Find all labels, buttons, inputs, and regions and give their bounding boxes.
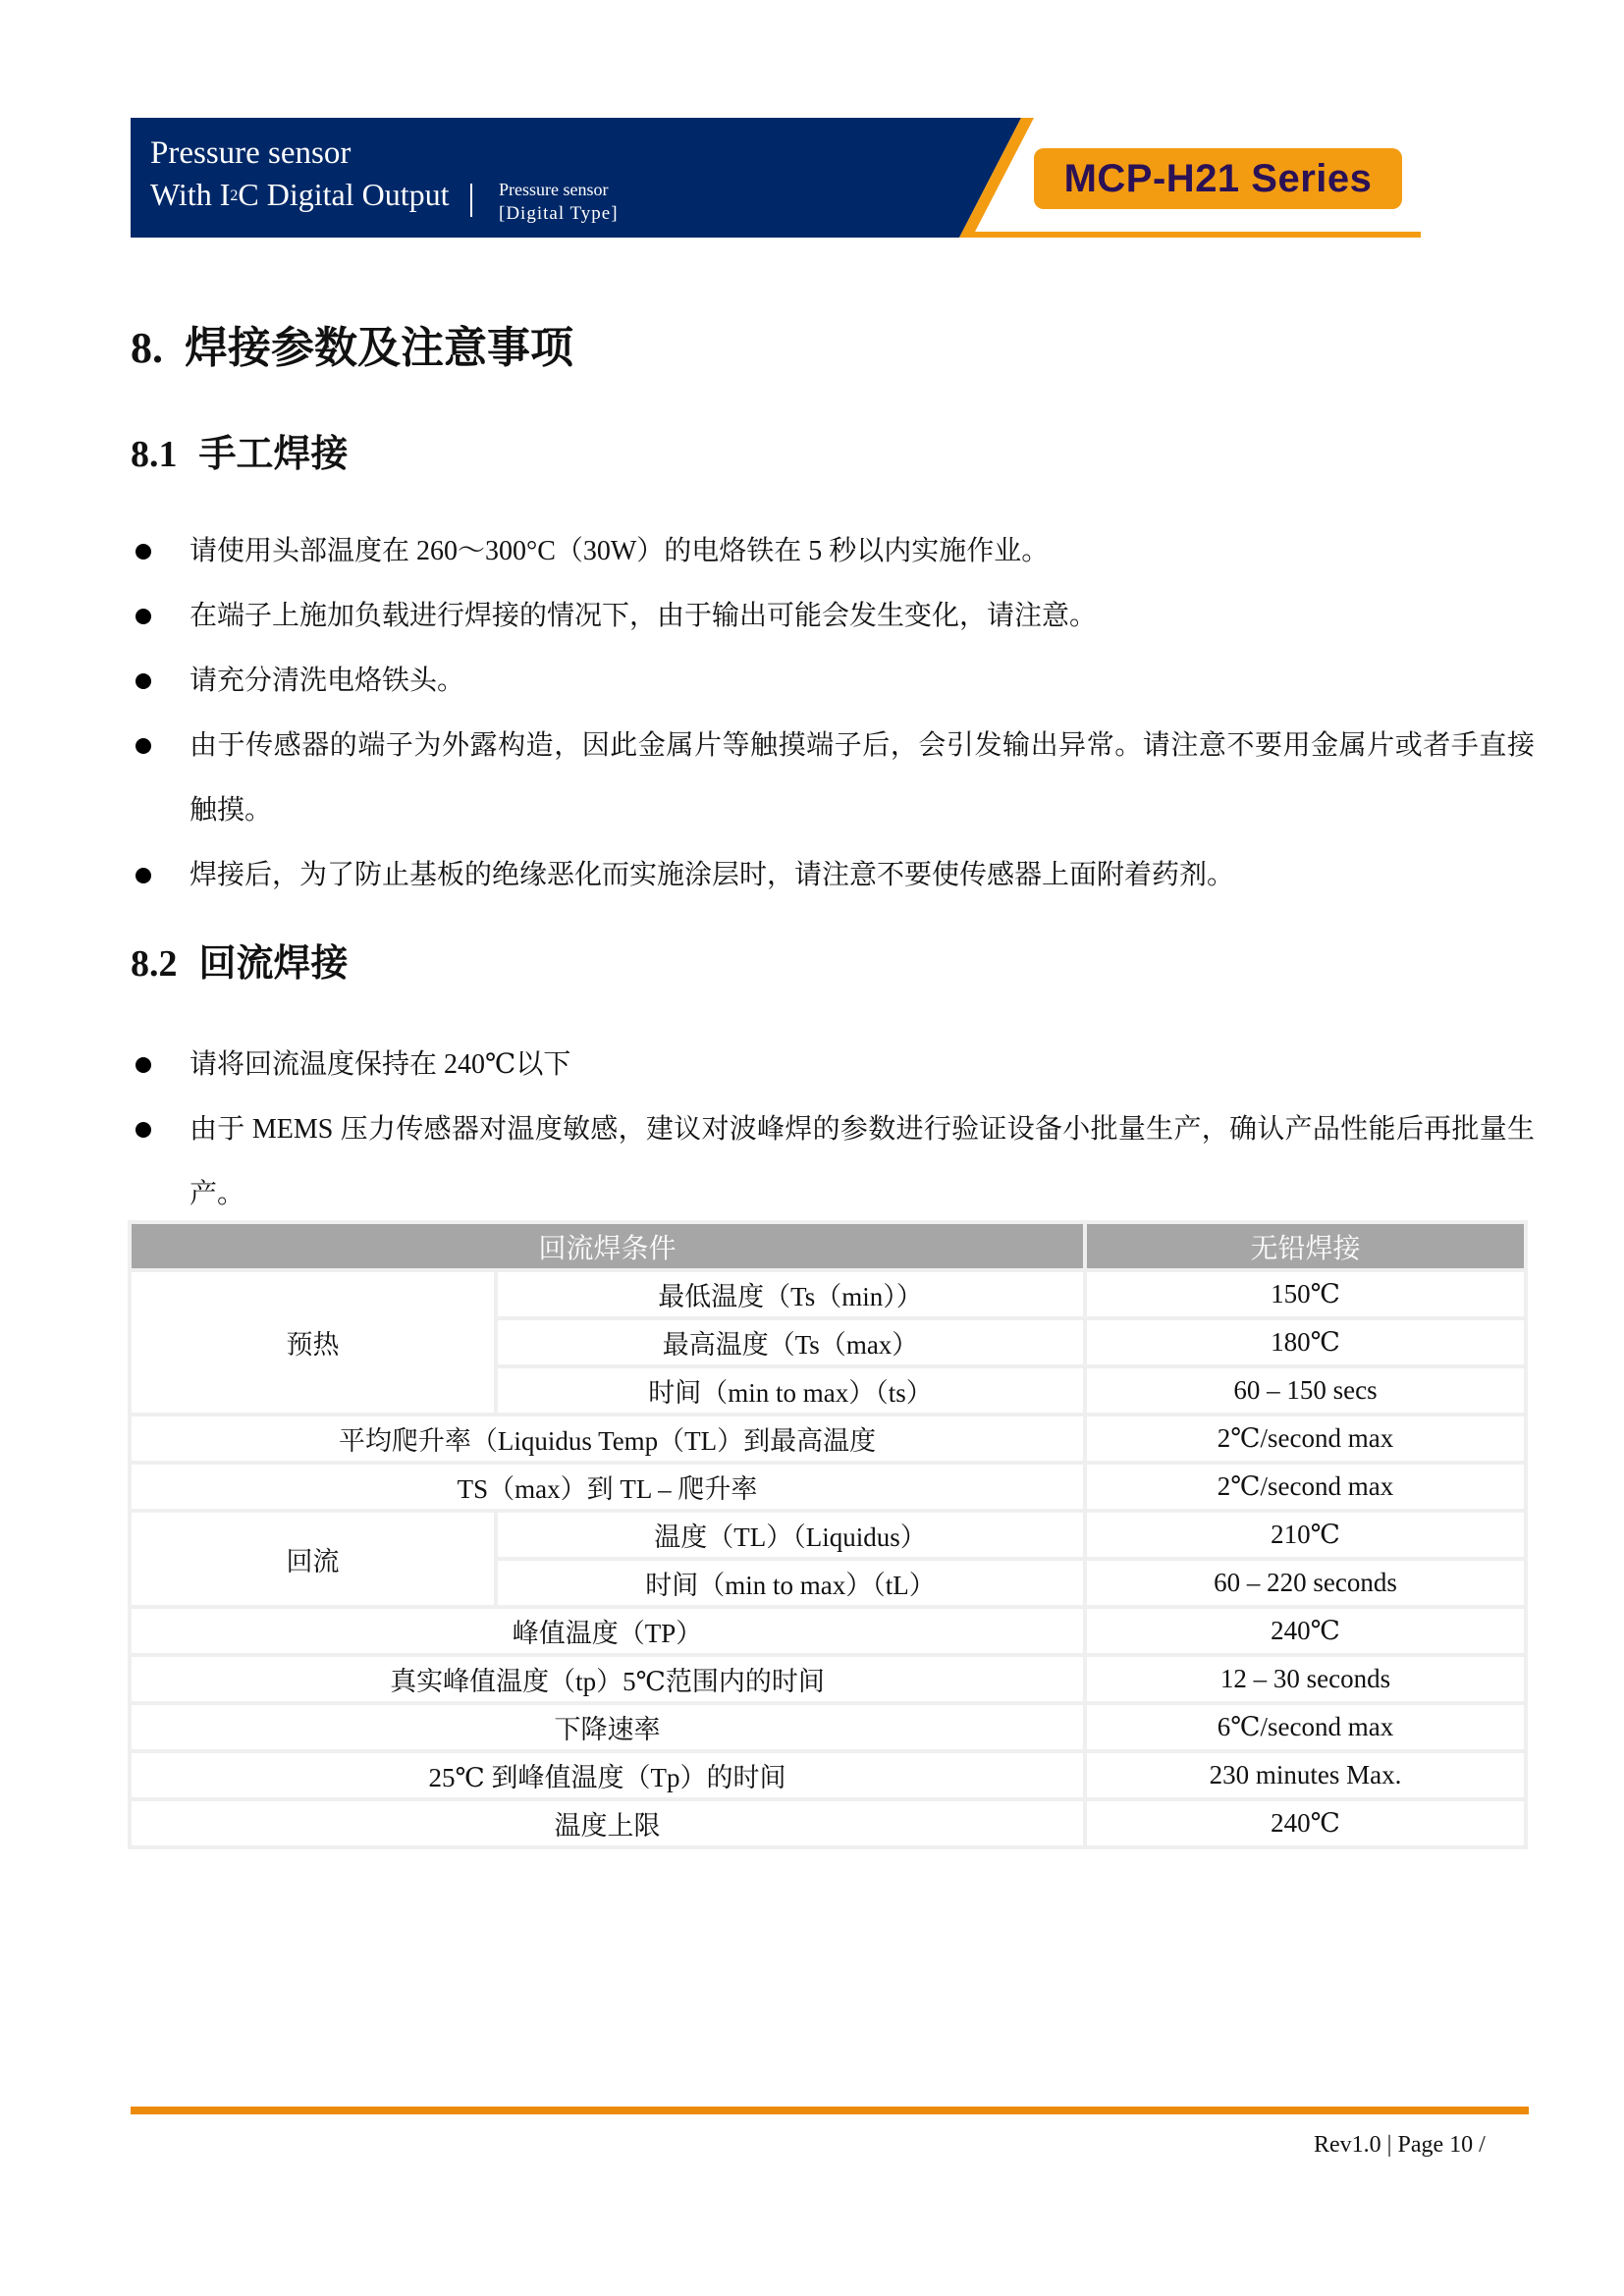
- banner-title-line1: Pressure sensor: [150, 135, 351, 171]
- list-item: 在端子上施加负载进行焊接的情况下，由于输出可能会发生变化，请注意。: [131, 584, 1535, 649]
- table-row: 温度上限 240℃: [130, 1799, 1526, 1847]
- row-label: 最低温度（Ts（min））: [496, 1270, 1085, 1318]
- bullet-icon: [135, 868, 151, 883]
- series-label: MCP-H21 Series: [1064, 157, 1373, 201]
- row-value: 60 – 150 secs: [1085, 1366, 1526, 1415]
- reflow-soldering-list: 请将回流温度保持在 240℃以下 由于 MEMS 压力传感器对温度敏感，建议对波…: [131, 1033, 1535, 1227]
- subsection-title: 手工焊接: [199, 434, 349, 475]
- table-row: 峰值温度（TP） 240℃: [130, 1607, 1526, 1655]
- banner-title-suffix: C Digital Output: [238, 177, 449, 212]
- row-label: 温度（TL）（Liquidus）: [496, 1511, 1085, 1559]
- reflow-profile-table: 回流焊条件 无铅焊接 预热 最低温度（Ts（min）） 150℃ 最高温度（Ts…: [128, 1220, 1528, 1849]
- list-item: 请将回流温度保持在 240℃以下: [131, 1033, 1535, 1097]
- header-banner: Pressure sensor With I2C Digital Output …: [131, 118, 1529, 240]
- table-row: 预热 最低温度（Ts（min）） 150℃: [130, 1270, 1526, 1318]
- row-value: 240℃: [1085, 1799, 1526, 1847]
- row-label: 最高温度（Ts（max）: [496, 1318, 1085, 1366]
- row-label: 峰值温度（TP）: [130, 1607, 1085, 1655]
- row-label: 真实峰值温度（tp）5℃范围内的时间: [130, 1655, 1085, 1703]
- banner-separator: [470, 184, 472, 217]
- banner-subtitle-line2: [Digital Type]: [499, 203, 619, 225]
- table-row: 真实峰值温度（tp）5℃范围内的时间 12 – 30 seconds: [130, 1655, 1526, 1703]
- row-label: 时间（min to max）（tL）: [496, 1559, 1085, 1607]
- row-value: 2℃/second max: [1085, 1415, 1526, 1463]
- list-item: 请充分清洗电烙铁头。: [131, 649, 1535, 714]
- row-label: 温度上限: [130, 1799, 1085, 1847]
- bullet-icon: [135, 738, 151, 754]
- list-item-text: 请将回流温度保持在 240℃以下: [189, 1049, 570, 1080]
- row-value: 60 – 220 seconds: [1085, 1559, 1526, 1607]
- manual-soldering-list: 请使用头部温度在 260～300°C（30W）的电烙铁在 5 秒以内实施作业。 …: [131, 519, 1535, 908]
- row-value: 230 minutes Max.: [1085, 1751, 1526, 1799]
- group-reflow: 回流: [130, 1511, 496, 1607]
- list-item-text: 焊接后，为了防止基板的绝缘恶化而实施涂层时，请注意不要使传感器上面附着药剂。: [189, 860, 1234, 890]
- list-item: 由于传感器的端子为外露构造，因此金属片等触摸端子后，会引发输出异常。请注意不要用…: [131, 714, 1535, 843]
- bullet-icon: [135, 1057, 151, 1073]
- row-value: 2℃/second max: [1085, 1463, 1526, 1511]
- subsection-number: 8.1: [131, 434, 178, 475]
- row-value: 210℃: [1085, 1511, 1526, 1559]
- row-label: TS（max）到 TL – 爬升率: [130, 1463, 1085, 1511]
- list-item-text: 请充分清洗电烙铁头。: [189, 666, 464, 696]
- list-item: 焊接后，为了防止基板的绝缘恶化而实施涂层时，请注意不要使传感器上面附着药剂。: [131, 843, 1535, 908]
- bullet-icon: [135, 1122, 151, 1138]
- row-value: 12 – 30 seconds: [1085, 1655, 1526, 1703]
- row-value: 240℃: [1085, 1607, 1526, 1655]
- header-lead-free: 无铅焊接: [1085, 1222, 1526, 1270]
- table-row: TS（max）到 TL – 爬升率 2℃/second max: [130, 1463, 1526, 1511]
- table-row: 下降速率 6℃/second max: [130, 1703, 1526, 1751]
- banner-title-line2: With I2C Digital Output: [150, 177, 449, 212]
- row-value: 180℃: [1085, 1318, 1526, 1366]
- list-item: 由于 MEMS 压力传感器对温度敏感，建议对波峰焊的参数进行验证设备小批量生产，…: [131, 1097, 1535, 1227]
- row-value: 150℃: [1085, 1270, 1526, 1318]
- subsection-heading-8-2: 8.2回流焊接: [131, 940, 349, 988]
- subsection-title: 回流焊接: [199, 943, 349, 985]
- list-item-text: 请使用头部温度在 260～300°C（30W）的电烙铁在 5 秒以内实施作业。: [189, 536, 1049, 566]
- page-footer: Rev1.0 | Page 10 /: [1314, 2132, 1486, 2159]
- subsection-heading-8-1: 8.1手工焊接: [131, 431, 349, 478]
- list-item: 请使用头部温度在 260～300°C（30W）的电烙铁在 5 秒以内实施作业。: [131, 519, 1535, 584]
- table-row: 25℃ 到峰值温度（Tp）的时间 230 minutes Max.: [130, 1751, 1526, 1799]
- list-item-text: 在端子上施加负载进行焊接的情况下，由于输出可能会发生变化，请注意。: [189, 601, 1097, 631]
- row-label: 时间（min to max）（ts）: [496, 1366, 1085, 1415]
- row-value: 6℃/second max: [1085, 1703, 1526, 1751]
- series-badge: MCP-H21 Series: [1034, 148, 1402, 209]
- subsection-number: 8.2: [131, 943, 178, 985]
- section-title: 焊接参数及注意事项: [185, 324, 573, 372]
- row-label: 25℃ 到峰值温度（Tp）的时间: [130, 1751, 1085, 1799]
- banner-subtitle-line1: Pressure sensor: [499, 180, 608, 199]
- bullet-icon: [135, 673, 151, 689]
- bullet-icon: [135, 544, 151, 560]
- bullet-icon: [135, 609, 151, 624]
- banner-title-prefix: With I: [150, 177, 230, 212]
- header-condition: 回流焊条件: [130, 1222, 1085, 1270]
- section-heading-8: 8.焊接参数及注意事项: [131, 322, 573, 375]
- list-item-text: 由于传感器的端子为外露构造，因此金属片等触摸端子后，会引发输出异常。请注意不要用…: [189, 730, 1535, 826]
- table-row: 平均爬升率（Liquidus Temp（TL）到最高温度 2℃/second m…: [130, 1415, 1526, 1463]
- list-item-text: 由于 MEMS 压力传感器对温度敏感，建议对波峰焊的参数进行验证设备小批量生产，…: [189, 1114, 1535, 1209]
- row-label: 下降速率: [130, 1703, 1085, 1751]
- group-preheat: 预热: [130, 1270, 496, 1415]
- row-label: 平均爬升率（Liquidus Temp（TL）到最高温度: [130, 1415, 1085, 1463]
- table-row: 回流 温度（TL）（Liquidus） 210℃: [130, 1511, 1526, 1559]
- section-number: 8.: [131, 324, 163, 372]
- footer-divider: [131, 2107, 1529, 2114]
- banner-title-sup: 2: [230, 187, 238, 204]
- table-header-row: 回流焊条件 无铅焊接: [130, 1222, 1526, 1270]
